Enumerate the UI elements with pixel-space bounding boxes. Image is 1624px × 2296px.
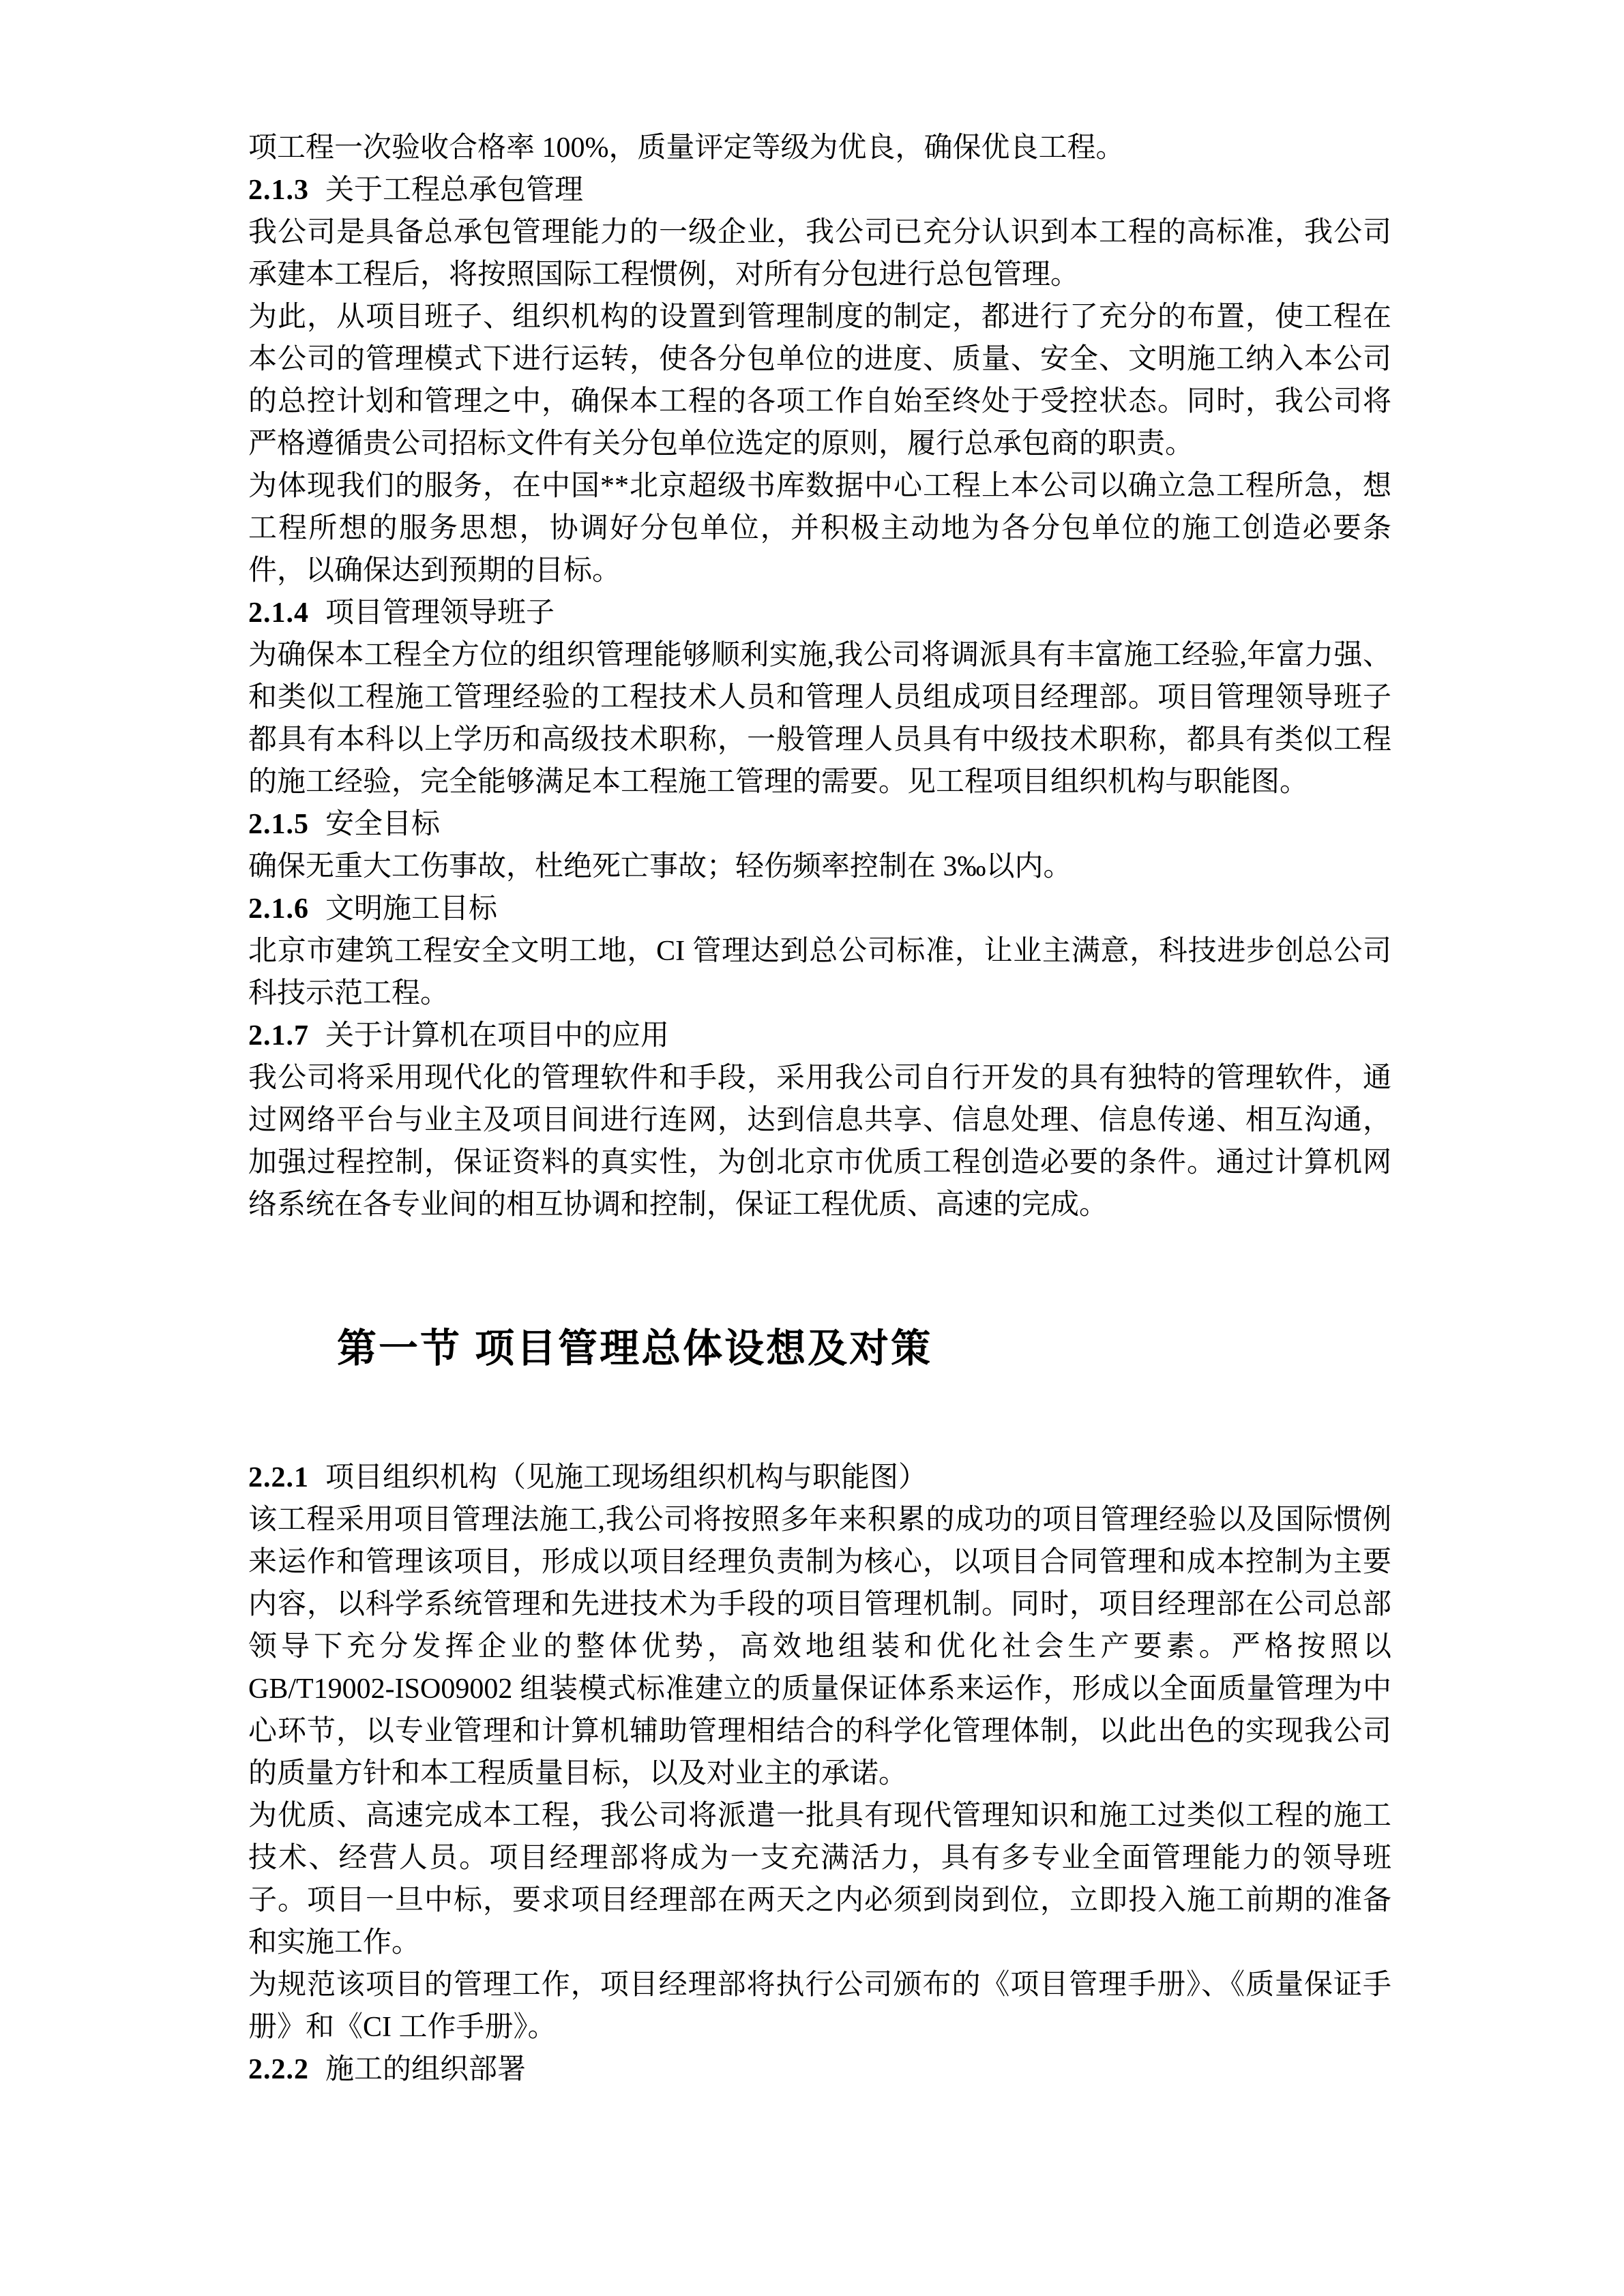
paragraph: 为规范该项目的管理工作，项目经理部将执行公司颁布的《项目管理手册》、《质量保证手… xyxy=(248,1964,1391,2048)
subsection-number: 2.1.5 xyxy=(248,809,309,840)
subsection-heading: 2.1.5安全目标 xyxy=(248,803,1391,846)
paragraph: 北京市建筑工程安全文明工地，CI 管理达到总公司标准，让业主满意，科技进步创总公… xyxy=(248,930,1391,1015)
subsection-number: 2.1.3 xyxy=(248,175,309,206)
subsection-title: 项目管理领导班子 xyxy=(325,597,555,629)
subsection-heading: 2.2.1项目组织机构（见施工现场组织机构与职能图） xyxy=(248,1457,1391,1499)
section-heading: 第一节 项目管理总体设想及对策 xyxy=(337,1322,1391,1376)
paragraph: 确保无重大工伤事故，杜绝死亡事故；轻伤频率控制在 3‰以内。 xyxy=(248,846,1391,888)
paragraph: 为确保本工程全方位的组织管理能够顺利实施,我公司将调派具有丰富施工经验,年富力强… xyxy=(248,634,1391,803)
subsection-number: 2.1.6 xyxy=(248,893,309,925)
paragraph: 为优质、高速完成本工程，我公司将派遣一批具有现代管理知识和施工过类似工程的施工技… xyxy=(248,1795,1391,1964)
subsection-heading: 2.1.6文明施工目标 xyxy=(248,888,1391,930)
paragraph: 项工程一次验收合格率 100%，质量评定等级为优良，确保优良工程。 xyxy=(248,127,1391,169)
subsection-number: 2.2.1 xyxy=(248,1462,309,1493)
subsection-title: 安全目标 xyxy=(325,809,440,840)
subsection-title: 关于工程总承包管理 xyxy=(325,175,583,206)
document-content: 项工程一次验收合格率 100%，质量评定等级为优良，确保优良工程。2.1.3关于… xyxy=(248,127,1391,2091)
paragraph: 该工程采用项目管理法施工,我公司将按照多年来积累的成功的项目管理经验以及国际惯例… xyxy=(248,1499,1391,1795)
document-page: 项工程一次验收合格率 100%，质量评定等级为优良，确保优良工程。2.1.3关于… xyxy=(0,0,1624,2296)
subsection-heading: 2.1.3关于工程总承包管理 xyxy=(248,169,1391,211)
subsection-title: 文明施工目标 xyxy=(325,893,497,925)
subsection-heading: 2.1.4项目管理领导班子 xyxy=(248,592,1391,634)
subsection-heading: 2.1.7关于计算机在项目中的应用 xyxy=(248,1015,1391,1057)
paragraph: 为体现我们的服务，在中国**北京超级书库数据中心工程上本公司以确立急工程所急，想… xyxy=(248,465,1391,592)
subsection-number: 2.1.7 xyxy=(248,1020,309,1052)
subsection-title: 关于计算机在项目中的应用 xyxy=(325,1020,669,1052)
paragraph: 我公司是具备总承包管理能力的一级企业，我公司已充分认识到本工程的高标准，我公司承… xyxy=(248,211,1391,296)
subsection-number: 2.2.2 xyxy=(248,2054,309,2085)
subsection-heading: 2.2.2施工的组织部署 xyxy=(248,2048,1391,2091)
paragraph: 我公司将采用现代化的管理软件和手段，采用我公司自行开发的具有独特的管理软件，通过… xyxy=(248,1057,1391,1226)
subsection-number: 2.1.4 xyxy=(248,597,309,629)
paragraph: 为此，从项目班子、组织机构的设置到管理制度的制定，都进行了充分的布置，使工程在本… xyxy=(248,296,1391,465)
subsection-title: 项目组织机构（见施工现场组织机构与职能图） xyxy=(325,1462,927,1493)
subsection-title: 施工的组织部署 xyxy=(325,2054,526,2085)
